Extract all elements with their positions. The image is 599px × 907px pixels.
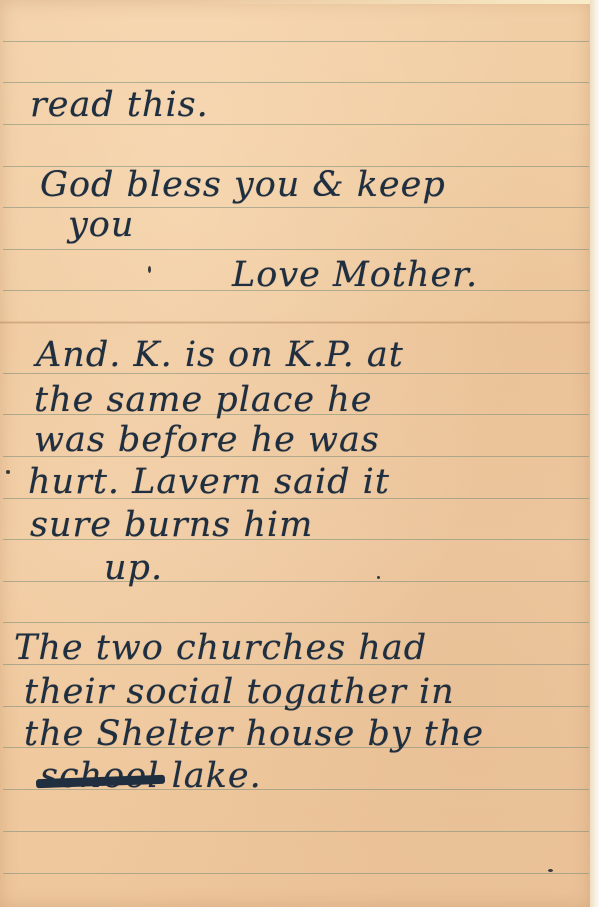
handwritten-word: lake. xyxy=(172,756,262,796)
handwritten-line: the Shelter house by the xyxy=(24,714,484,754)
paper-speck xyxy=(377,576,380,579)
paper-speck xyxy=(148,266,151,273)
paper-fold xyxy=(0,321,590,324)
ruled-line xyxy=(3,581,589,582)
paper-speck xyxy=(548,869,553,872)
ruled-line xyxy=(3,831,589,832)
handwritten-line: their social togather in xyxy=(24,672,455,712)
handwritten-line: the same place he xyxy=(34,380,372,420)
struck-out-word: school xyxy=(40,756,159,796)
paper-top-edge xyxy=(180,0,590,4)
letter-page: read this. God bless you & keep you Love… xyxy=(0,0,590,907)
handwritten-line: hurt. Lavern said it xyxy=(28,462,390,502)
ruled-line xyxy=(3,41,589,42)
handwritten-line: you xyxy=(68,205,134,245)
ruled-line xyxy=(3,249,589,250)
handwritten-line: sure burns him xyxy=(30,505,313,545)
paper-right-edge xyxy=(590,0,599,907)
handwritten-line: God bless you & keep xyxy=(40,165,446,205)
ruled-line xyxy=(3,873,589,874)
paper-speck xyxy=(6,470,10,474)
handwritten-line: read this. xyxy=(30,85,209,125)
ruled-line xyxy=(3,82,589,83)
handwritten-line: The two churches had xyxy=(14,628,427,668)
ruled-line xyxy=(3,622,589,623)
handwritten-line: up. xyxy=(104,548,163,588)
signature: Love Mother. xyxy=(232,255,478,295)
handwritten-line: was before he was xyxy=(34,420,380,460)
handwritten-line: And. K. is on K.P. at xyxy=(36,335,404,375)
handwritten-line: school lake. xyxy=(40,756,262,796)
